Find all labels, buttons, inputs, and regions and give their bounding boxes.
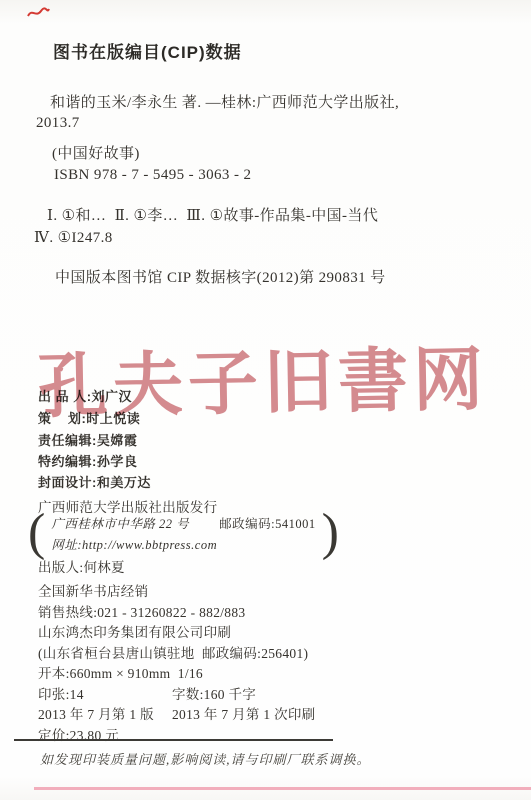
copyright-page: 图书在版编目(CIP)数据 和谐的玉米/李永生 著. —桂林:广西师范大学出版社…: [0, 0, 531, 800]
publisher-address: 广西桂林市中华路 22 号: [51, 514, 189, 532]
publisher-website: 网址:http://www.bbtpress.com: [51, 535, 217, 553]
impression-value: 2013 年 7 月第 1 次印刷: [172, 703, 315, 723]
cip-isbn-line: ISBN 978 - 7 - 5495 - 3063 - 2: [54, 167, 251, 184]
cip-title-line: 和谐的玉米/李永生 著. —桂林:广西师范大学出版社,: [50, 91, 399, 112]
printer-line: 山东鸿杰印务集团有限公司印刷: [38, 621, 231, 641]
cip-record-line: 中国版本图书馆 CIP 数据核字(2012)第 290831 号: [55, 266, 386, 287]
printer-address-line: (山东省桓台县唐山镇驻地 邮政编码:256401): [38, 642, 308, 662]
publisher-address-group: ( 广西桂林市中华路 22 号 邮政编码:541001 网址:http://ww…: [28, 510, 339, 556]
publisher-postcode: 邮政编码:541001: [219, 514, 315, 532]
cip-year-line: 2013.7: [36, 115, 80, 132]
hotline-line: 销售热线:021 - 31260822 - 882/883: [38, 601, 245, 621]
edition-value: 2013 年 7 月第 1 版: [38, 703, 154, 723]
cip-class-line2: Ⅳ. ①I247.8: [34, 228, 113, 247]
credit-cover-design: 封面设计:和美万达: [38, 472, 151, 491]
quality-note: 如发现印装质量问题,影响阅读,请与印刷厂联系调换。: [40, 749, 371, 768]
format-line: 开本:660mm × 910mm 1/16: [38, 662, 203, 682]
open-paren: (: [28, 510, 45, 556]
distribution-line: 全国新华书店经销: [38, 580, 148, 600]
close-paren: ): [322, 510, 339, 556]
kongfz-watermark: 孔夫子旧書网: [37, 346, 488, 424]
publisher-person: 出版人:何林夏: [38, 556, 125, 576]
cip-heading: 图书在版编目(CIP)数据: [53, 38, 242, 63]
sheets-value: 印张:14: [38, 683, 84, 703]
credit-special-editor: 特约编辑:孙学良: [38, 451, 137, 470]
cip-class-line1: Ⅰ. ①和… Ⅱ. ①李… Ⅲ. ①故事-作品集-中国-当代: [47, 204, 378, 225]
divider-rule: [14, 739, 333, 741]
word-count-value: 字数:160 千字: [172, 683, 256, 703]
pink-scan-line: [34, 787, 531, 790]
cip-series-line: (中国好故事): [52, 142, 140, 163]
price-value: 定价:23.80 元: [38, 724, 119, 744]
credit-editor: 责任编辑:吴嫦霞: [38, 430, 137, 449]
red-stamp-mark-icon: [26, 5, 50, 21]
